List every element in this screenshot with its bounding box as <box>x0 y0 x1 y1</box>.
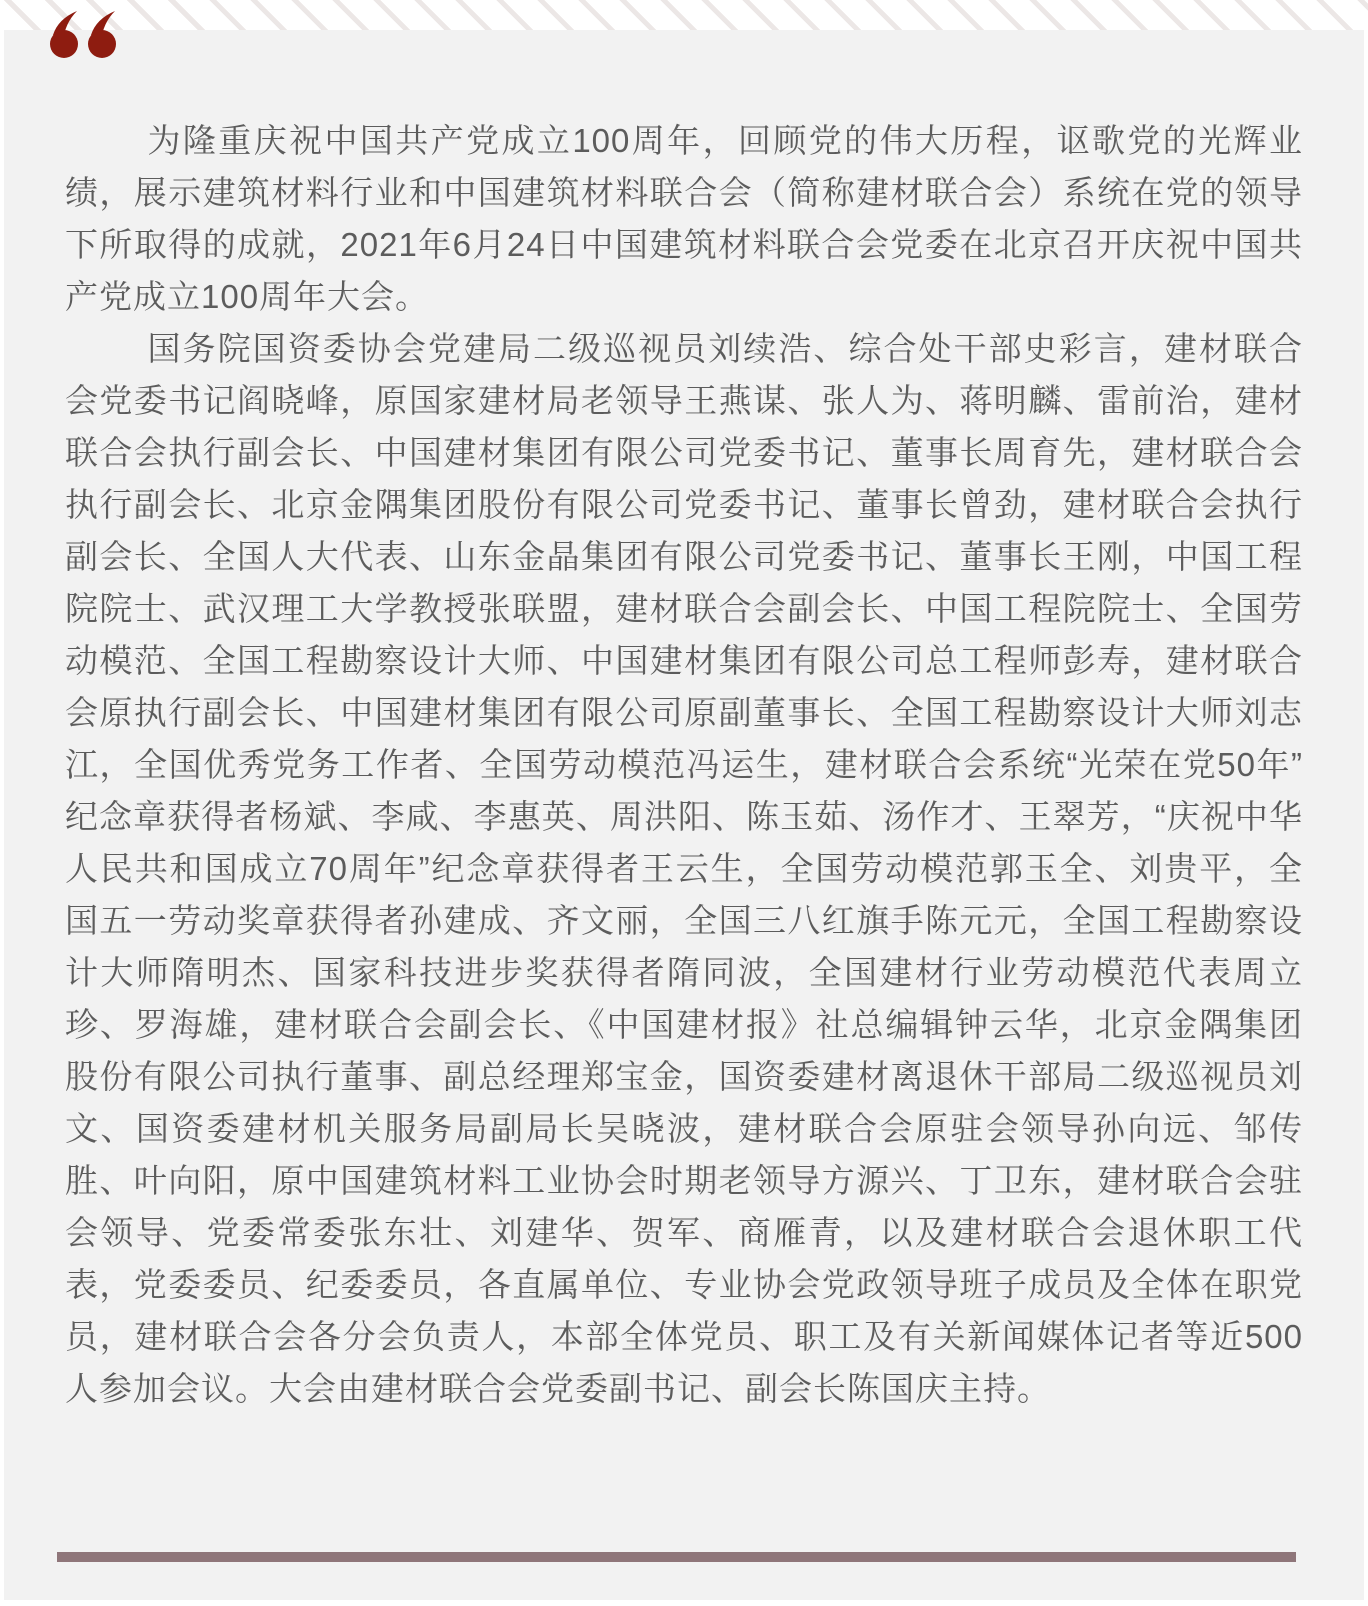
article-page: { "theme": { "page_bg": "#ffffff", "cont… <box>0 0 1368 1606</box>
paragraph-intro: 为隆重庆祝中国共产党成立100周年，回顾党的伟大历程，讴歌党的光辉业绩，展示建筑… <box>65 115 1303 323</box>
article-body: 为隆重庆祝中国共产党成立100周年，回顾党的伟大历程，讴歌党的光辉业绩，展示建筑… <box>4 30 1364 1415</box>
paragraph-attendees: 国务院国资委协会党建局二级巡视员刘续浩、综合处干部史彩言，建材联合会党委书记阎晓… <box>65 323 1303 1415</box>
open-double-quote-icon <box>50 11 120 77</box>
section-divider-bar <box>57 1552 1296 1562</box>
striped-divider-top <box>0 0 1368 30</box>
quote-glyph <box>50 11 120 59</box>
article-panel: 为隆重庆祝中国共产党成立100周年，回顾党的伟大历程，讴歌党的光辉业绩，展示建筑… <box>4 30 1364 1600</box>
